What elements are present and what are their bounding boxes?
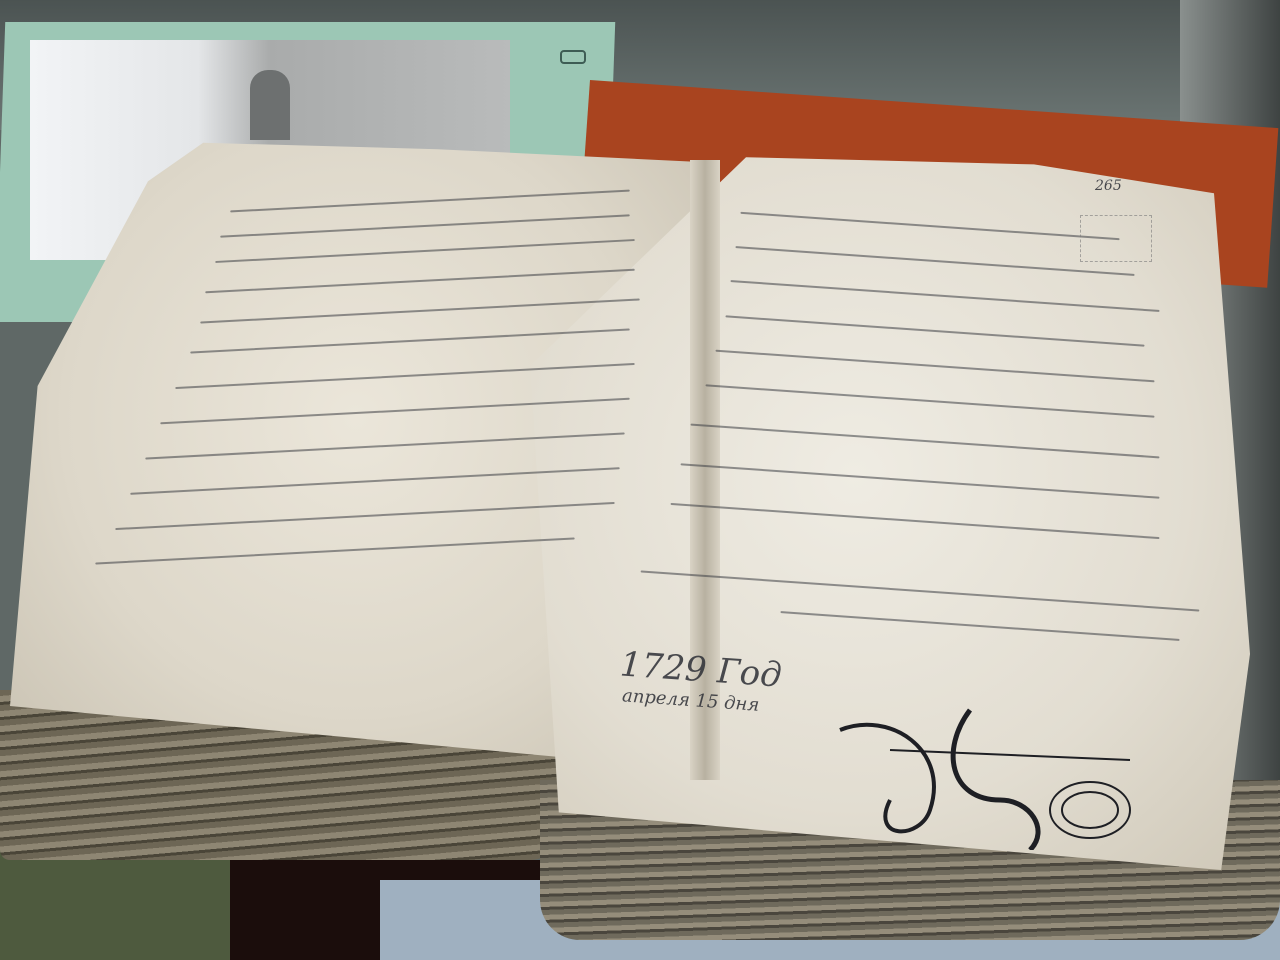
paper-clip [560,50,586,64]
page-number: 265 [1095,178,1122,194]
church-tower [250,70,290,140]
signature-flourish [830,690,1150,850]
stamp-mark [1080,215,1152,262]
